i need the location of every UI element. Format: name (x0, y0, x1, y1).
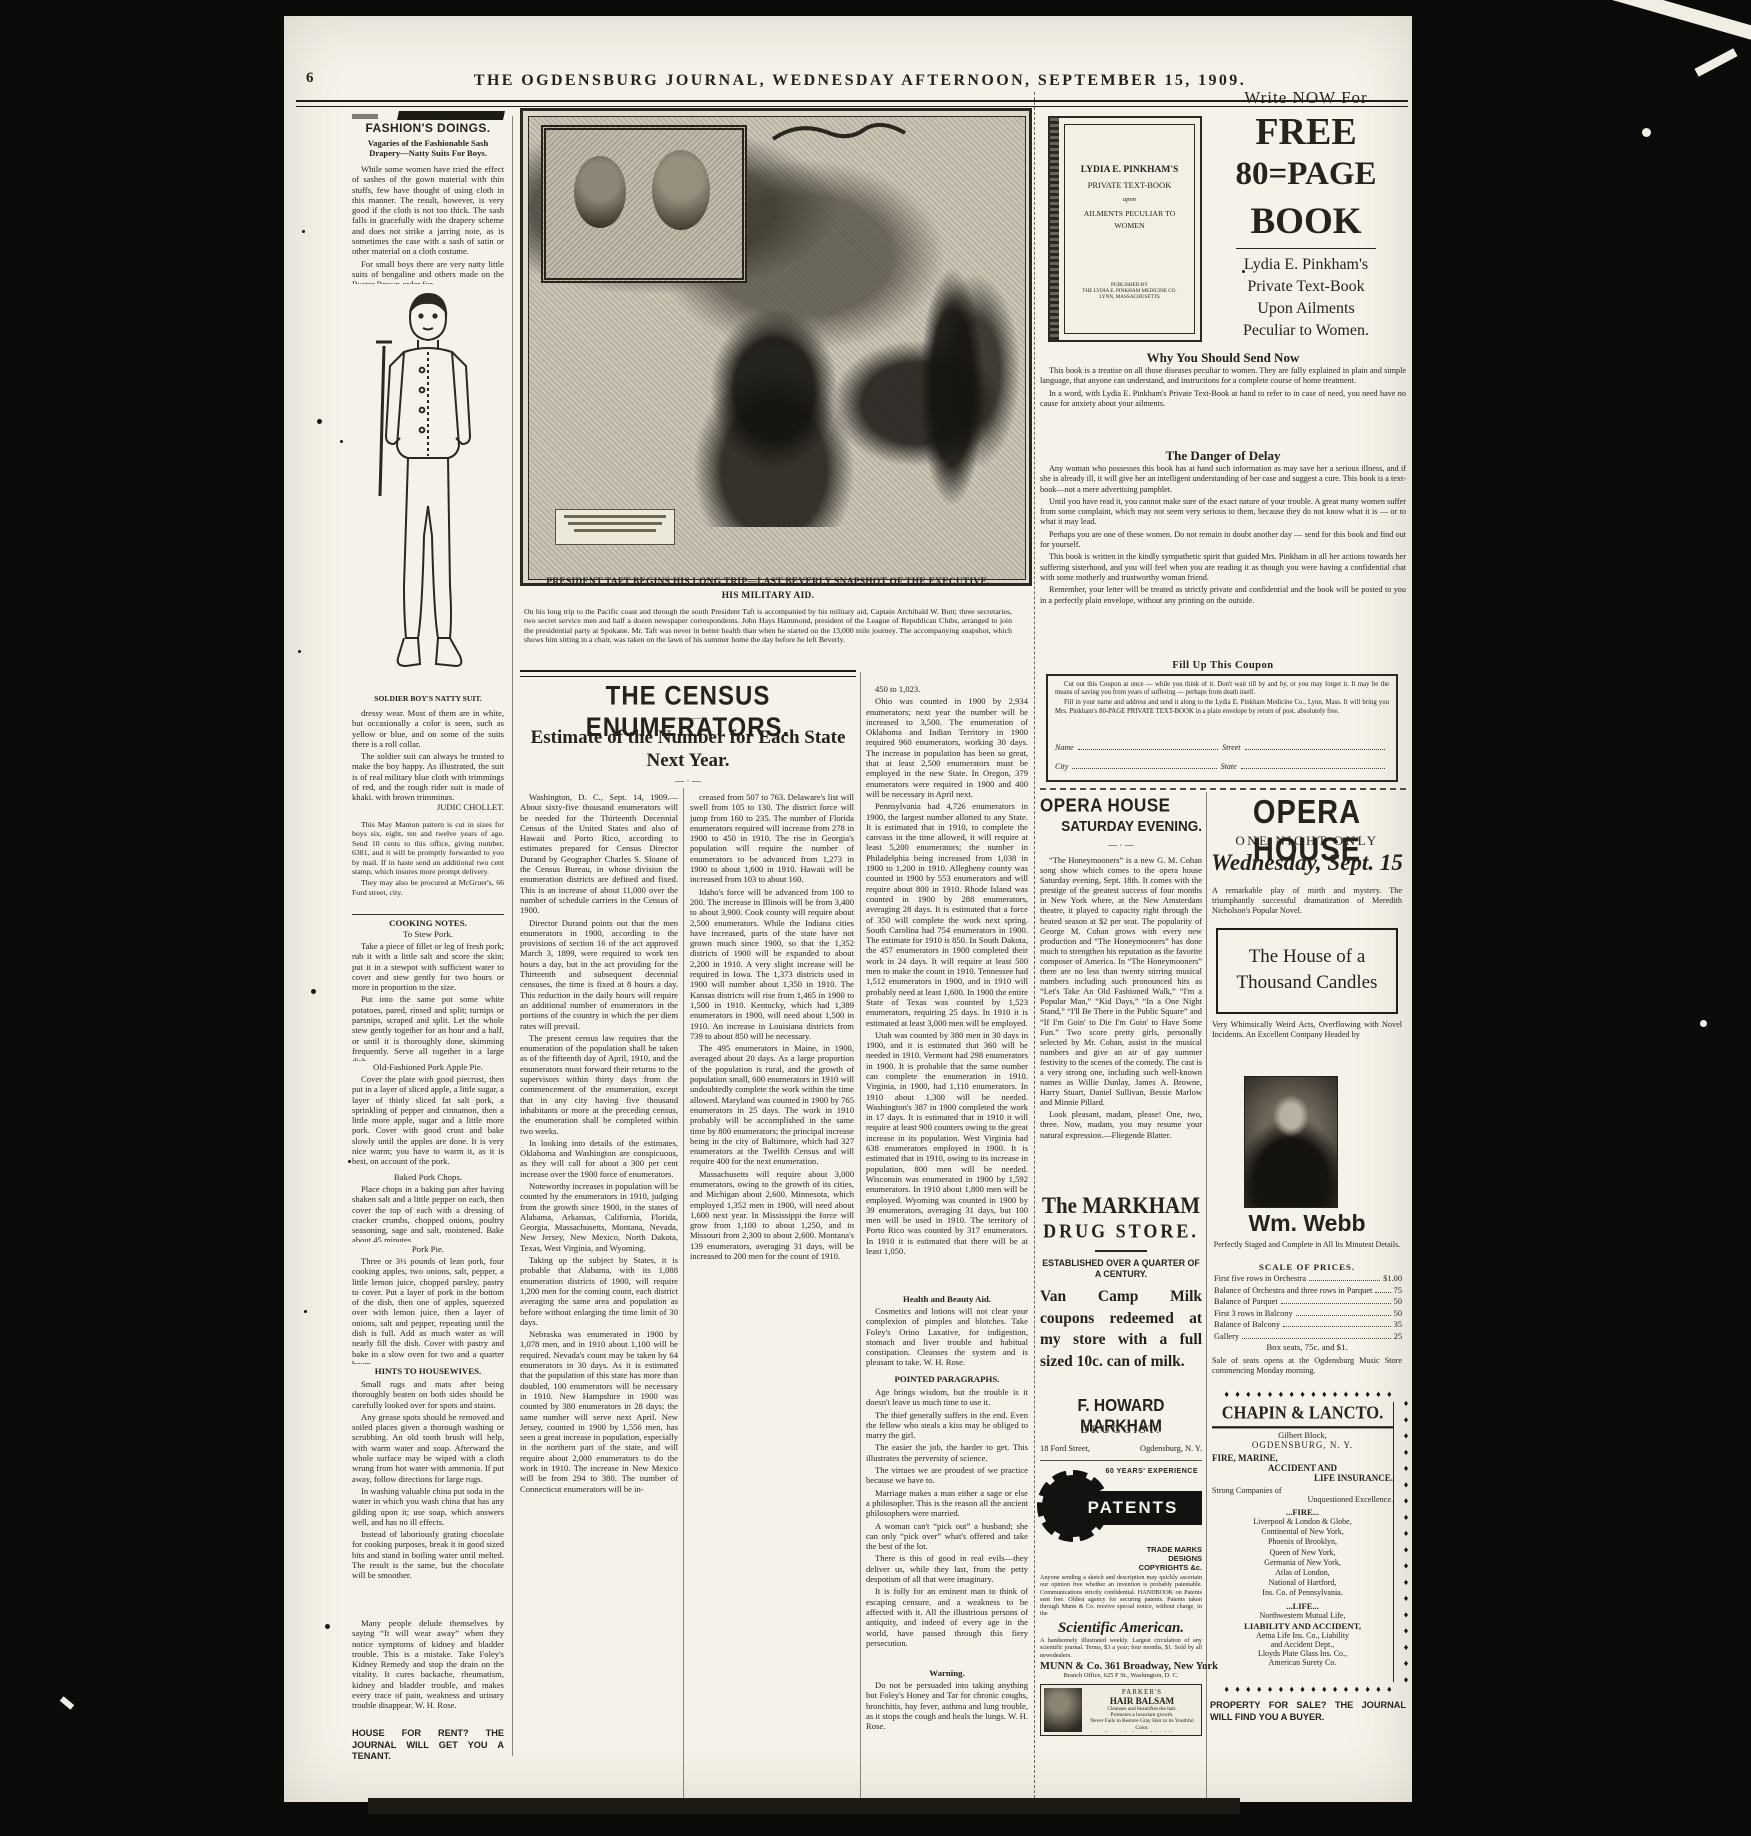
pointed-paragraphs: Age brings wisdom, but the trouble is it… (866, 1387, 1028, 1663)
military-aide-silhouette (907, 237, 997, 537)
wm-webb-portrait (1244, 1076, 1338, 1208)
list-item: Fill in your name and address and send i… (1055, 699, 1389, 715)
list-item: Never Fails to Restore Gray Hair to its … (1086, 1718, 1198, 1730)
list-item: National of Hartford, (1212, 1578, 1393, 1588)
opera-star-name: Wm. Webb (1206, 1210, 1408, 1237)
parkers-thumbnail (1044, 1688, 1082, 1732)
opera-description: A remarkable play of mirth and mystery. … (1212, 886, 1402, 926)
chapin-biz3: LIFE INSURANCE. (1212, 1473, 1393, 1483)
list-item: Cures scalp diseases & hair falling. (1086, 1731, 1198, 1732)
list-item: They may also be procured at McGruer's, … (352, 878, 504, 897)
markham-address: 18 Ford Street, Ogdensburg, N. Y. (1040, 1444, 1202, 1453)
taft-caption-title: PRESIDENT TAFT BEGINS HIS LONG TRIP—LAST… (520, 577, 1016, 587)
cooking-section-head: Pork Pie. (352, 1244, 504, 1254)
inset-portrait-frame (541, 125, 747, 283)
list-item: Age brings wisdom, but the trouble is it… (866, 1387, 1028, 1408)
taft-caption-subtitle: HIS MILITARY AID. (520, 591, 1016, 601)
coupon-city-label: City (1055, 762, 1068, 771)
list-item: Remember, your letter will be treated as… (1040, 585, 1406, 606)
frame-scroll-ornament (769, 119, 909, 145)
list-item: Germania of New York, (1212, 1558, 1393, 1568)
column-rule (1034, 92, 1035, 1798)
list-item: Taking up the subject by States, it is p… (520, 1255, 678, 1327)
coupon-city-row[interactable]: City State (1055, 762, 1389, 771)
list-item: Continental of New York, (1212, 1527, 1393, 1537)
scan-white-speck (60, 1696, 75, 1710)
cooking-section-body: Place chops in a baking pan after having… (352, 1184, 504, 1242)
pinkham-danger-head: The Danger of Delay (1040, 448, 1406, 464)
chapin-liab2: and Accident Dept., (1212, 1640, 1393, 1649)
book-publisher-line: LYNN, MASSACHUSETTS (1065, 294, 1194, 300)
chapin-strong1: Strong Companies of (1212, 1486, 1393, 1495)
list-item: In looking into details of the estimates… (520, 1138, 678, 1179)
list-item: First five rows in Orchestra$1.00 (1214, 1274, 1402, 1284)
list-item: In washing valuable china put soda in th… (352, 1486, 504, 1527)
list-item: It is folly for an eminent man to think … (866, 1586, 1028, 1648)
list-item: “The Honeymooners” is a new G. M. Cohan … (1040, 856, 1202, 1108)
scan-speckles (302, 230, 305, 233)
chapin-biz1: FIRE, MARINE, (1212, 1453, 1393, 1463)
list-item: Take a piece of fillet or leg of fresh p… (352, 941, 504, 992)
chapin-liab-head: LIABILITY AND ACCIDENT, (1212, 1621, 1393, 1631)
list-item: This book is written in the kindly sympa… (1040, 552, 1406, 583)
taft-photo (520, 108, 1032, 586)
seat-sale-note: Sale of seats opens at the Ogdensburg Mu… (1212, 1356, 1402, 1386)
list-item: Any grease spots should be removed and s… (352, 1412, 504, 1484)
inset-figure (652, 150, 710, 230)
column-rule (512, 116, 513, 1756)
pinkham-small-rule (1236, 248, 1376, 249)
list-item: The virtues we are proudest of we practi… (866, 1465, 1028, 1486)
munn-address: MUNN & Co. 361 Broadway, New York (1040, 1661, 1202, 1672)
hints-title: HINTS TO HOUSEWIVES. (352, 1366, 504, 1376)
list-item: Balance of Parquet50 (1214, 1297, 1402, 1307)
health-aid-body: Cosmetics and lotions will not clear you… (866, 1306, 1028, 1368)
parkers-lines: Cleanses and beautifies the hair.Promote… (1086, 1706, 1198, 1732)
fashion-intro: While some women have tried the effect o… (352, 164, 504, 284)
list-item: Phoenix of Brooklyn, (1212, 1537, 1393, 1547)
list-item: Noteworthy increases in population will … (520, 1181, 678, 1253)
column-rule (683, 788, 684, 1798)
health-aid-head: Health and Beauty Aid. (866, 1294, 1028, 1304)
pinkham-80-page: 80=PAGE (1206, 156, 1406, 193)
list-item: Queen of New York, (1212, 1548, 1393, 1558)
pinkham-book-cover: LYDIA E. PINKHAM'S PRIVATE TEXT-BOOK upo… (1048, 116, 1202, 342)
coupon-name-row[interactable]: Name Street (1055, 743, 1389, 752)
list-item: Put into the same pot some white potatoe… (352, 994, 504, 1061)
coupon-state-label: State (1221, 762, 1237, 771)
cooking-section-head: Old-Fashioned Pork Apple Pie. (352, 1062, 504, 1072)
masthead: THE OGDENSBURG JOURNAL, WEDNESDAY AFTERN… (420, 72, 1300, 90)
scientific-american-title: Scientific American. (1040, 1620, 1202, 1637)
parkers-ad: PARKER'S HAIR BALSAM Cleanses and beauti… (1040, 1684, 1202, 1736)
pinkham-subtitle-line: Private Text-Book (1206, 276, 1406, 298)
scan-white-speck (1642, 128, 1651, 137)
taft-caption-body: On his long trip to the Pacific coast an… (524, 607, 1012, 665)
parkers-title2: HAIR BALSAM (1086, 1696, 1198, 1706)
inset-figure (574, 156, 626, 228)
patents-fine-print: Anyone sending a sketch and description … (1040, 1574, 1202, 1618)
warning-body: Do not be persuaded into taking anything… (866, 1680, 1028, 1731)
list-item: Gallery25 (1214, 1332, 1402, 1342)
cooking-section-head: To Stew Pork. (352, 929, 504, 939)
pinkham-why-head: Why You Should Send Now (1040, 350, 1406, 366)
pinkham-subtitle-line: Upon Ailments (1206, 298, 1406, 320)
pinkham-danger-body: Any woman who possesses this book has at… (1040, 464, 1406, 658)
sciam-fine-print: A handsomely illustrated weekly. Largest… (1040, 1637, 1202, 1659)
hints-body: Small rugs and mats after being thorough… (352, 1379, 504, 1607)
pinkham-write-now: Write NOW For (1206, 88, 1406, 108)
opera-one-night: ONE NIGHT ONLY (1206, 833, 1408, 849)
column-rule (1206, 792, 1207, 1798)
list-item: The easier the job, the harder to get. T… (866, 1442, 1028, 1463)
census-subhead: Estimate of the Number for Each State Ne… (520, 726, 856, 772)
book-title-line: PRIVATE TEXT-BOOK (1065, 180, 1194, 190)
scan-white-sliver (1694, 48, 1737, 77)
list-item: The present census law requires that the… (520, 1033, 678, 1136)
markham-title-line2: DRUG STORE. (1040, 1220, 1202, 1243)
list-item: Look pleasant, madam, please! One, two, … (1040, 1110, 1202, 1140)
list-item: The thief generally suffers in the end. … (866, 1410, 1028, 1441)
opera-date: Wednesday, Sept. 15 (1206, 850, 1408, 876)
markham-druggist: DRUGGIST. (1040, 1422, 1202, 1437)
book-spine (1050, 118, 1059, 340)
pinkham-coupon[interactable]: Cut out this Coupon at once — while you … (1046, 674, 1398, 782)
list-item: Until you have read it, you cannot make … (1040, 497, 1406, 528)
patents-ad: 60 YEARS' EXPERIENCE PATENTS TRADE MARKS… (1040, 1468, 1202, 1676)
pinkham-free: FREE (1206, 110, 1406, 154)
opera-show-line1: The House of a (1218, 944, 1396, 970)
list-item: 450 to 1,023. (866, 684, 1028, 694)
headline-ornament: — · — (1040, 840, 1202, 850)
coupon-city-input[interactable] (1072, 762, 1216, 769)
foley-kidney-notice: Many people delude themselves by saying … (352, 1618, 504, 1711)
coupon-head: Fill Up This Coupon (1040, 660, 1406, 671)
parkers-title1: PARKER'S (1086, 1688, 1198, 1696)
cooking-section-head: Baked Pork Chops. (352, 1172, 504, 1182)
list-item: Utah was counted by 380 men in 30 days i… (866, 1030, 1028, 1257)
fashion-after-figure: dressy wear. Most of them are in white, … (352, 708, 504, 800)
munn-branch: Branch Office, 625 F St., Washington, D.… (1040, 1672, 1202, 1679)
markham-rule (1095, 1250, 1147, 1252)
house-for-rent-notice: HOUSE FOR RENT? THE JOURNAL WILL GET YOU… (352, 1728, 504, 1763)
price-list: First five rows in Orchestra$1.00Balance… (1214, 1274, 1402, 1343)
census-column-3: 450 to 1,023.Ohio was counted in 1900 by… (866, 684, 1028, 1290)
list-item: Liverpool & London & Globe, (1212, 1517, 1393, 1527)
markham-title-line1: The MARKHAM (1040, 1192, 1202, 1220)
scan-white-speck (1700, 1020, 1707, 1027)
fashion-subtitle: Vagaries of the Fashionable Sash Drapery… (354, 138, 502, 158)
book-title-line: LYDIA E. PINKHAM'S (1065, 165, 1194, 175)
list-item: Director Durand points out that the men … (520, 918, 678, 1031)
list-item: Small rugs and mats after being thorough… (352, 1379, 504, 1410)
newspaper-scan: 6 THE OGDENSBURG JOURNAL, WEDNESDAY AFTE… (0, 0, 1751, 1836)
pattern-note: This May Manton pattern is cut in sizes … (352, 820, 504, 914)
opera-after-box-text: Very Whimsically Weird Acts, Overflowing… (1212, 1020, 1402, 1062)
markham-established: ESTABLISHED OVER A QUARTER OF A CENTURY. (1040, 1258, 1202, 1280)
scan-black-bar (368, 1798, 1240, 1814)
list-item: Atlas of London, (1212, 1568, 1393, 1578)
census-subhead-line2: Next Year. (646, 750, 729, 771)
chapin-biz2: ACCIDENT AND (1212, 1463, 1393, 1473)
list-item: Pennsylvania had 4,726 enumerators in 19… (866, 801, 1028, 1028)
scan-white-sliver (1589, 0, 1751, 42)
fashion-title: FASHION'S DOINGS. (352, 121, 504, 135)
diamond-border-right: ♦ ♦ ♦ ♦ ♦ ♦ ♦ ♦ ♦ ♦ ♦ ♦ ♦ ♦ ♦ ♦ ♦ ♦ ♦ ♦ (1401, 1398, 1410, 1686)
chapin-fire-head: ...FIRE... (1212, 1507, 1393, 1517)
chapin-liab3: Lloyds Plate Glass Ins. Co., (1212, 1649, 1393, 1658)
markham-street: 18 Ford Street, (1040, 1444, 1090, 1453)
fashion-byline: JUDIC CHOLLET. (352, 802, 504, 812)
list-item: The 495 enumerators in Maine, in 1900, a… (690, 1043, 854, 1167)
seated-taft-silhouette (679, 297, 869, 527)
census-subhead-line1: Estimate of the Number for Each State (531, 727, 846, 748)
box-seats-line: Box seats, 75c. and $1. (1206, 1342, 1408, 1352)
list-item: dressy wear. Most of them are in white, … (352, 708, 504, 749)
ink-blot (397, 111, 505, 120)
opera-staged-line: Perfectly Staged and Complete in All Its… (1210, 1240, 1404, 1250)
list-item: Massachusetts will require about 3,000 e… (690, 1169, 854, 1262)
chapin-liab4: American Surety Co. (1212, 1658, 1393, 1667)
list-item: Balance of Balcony35 (1214, 1320, 1402, 1330)
coupon-name-label: Name (1055, 743, 1074, 752)
chapin-lancto-ad: ♦ ♦ ♦ ♦ ♦ ♦ ♦ ♦ ♦ ♦ ♦ ♦ ♦ ♦ ♦ ♦ ♦ ♦ ♦ ♦ … (1210, 1392, 1408, 1692)
ink-blot (352, 114, 378, 119)
honeymooners-head1: OPERA HOUSE (1040, 795, 1202, 817)
list-item: Instead of laboriously grating chocolate… (352, 1529, 504, 1580)
list-item: There is this of good in real evils—they… (866, 1553, 1028, 1584)
list-item: Ins. Co. of Pennsylvania. (1212, 1588, 1393, 1598)
chapin-life-head: ...LIFE... (1212, 1601, 1393, 1611)
pinkham-subtitle-line: Lydia E. Pinkham's (1206, 254, 1406, 276)
pinkham-subtitle-line: Peculiar to Women. (1206, 320, 1406, 342)
list-item: Idaho's force will be advanced from 100 … (690, 887, 854, 1041)
patents-copyrights: COPYRIGHTS &c. (1040, 1563, 1202, 1572)
honeymooners-head2: SATURDAY EVENING. (1040, 818, 1202, 835)
photo-label-chip (555, 509, 675, 545)
diamond-border-top: ♦ ♦ ♦ ♦ ♦ ♦ ♦ ♦ ♦ ♦ ♦ ♦ ♦ ♦ ♦ ♦ (1210, 1390, 1408, 1399)
list-item: This May Manton pattern is cut in sizes … (352, 820, 504, 876)
pinkham-bottom-rule (1040, 788, 1406, 790)
chapin-title: CHAPIN & LANCTO. (1212, 1402, 1393, 1428)
list-item: First 3 rows in Balcony50 (1214, 1309, 1402, 1319)
markham-vancamp-offer: Van Camp Milk coupons redeemed at my sto… (1040, 1286, 1202, 1372)
list-item: Nebraska was enumerated in 1900 by 1,078… (520, 1329, 678, 1494)
honeymooners-body: “The Honeymooners” is a new G. M. Cohan … (1040, 856, 1202, 1186)
list-item: Ohio was counted in 1900 by 2,934 enumer… (866, 696, 1028, 799)
chapin-life1: Northwestern Mutual Life, (1212, 1611, 1393, 1620)
book-title-line: upon (1065, 196, 1194, 203)
chapin-fire-companies: Liverpool & London & Globe,Continental o… (1212, 1517, 1393, 1599)
cooking-section-body: Cover the plate with good piecrust, then… (352, 1074, 504, 1172)
opera-show-line2: Thousand Candles (1218, 970, 1396, 996)
column-rule (860, 672, 861, 1798)
patents-designs: DESIGNS (1040, 1554, 1202, 1563)
coupon-street-label: Street (1222, 743, 1240, 752)
pinkham-subtitle: Lydia E. Pinkham's Private Text-Book Upo… (1206, 254, 1406, 342)
chapin-strong2: Unquestioned Excellence. (1212, 1495, 1393, 1504)
figure-caption: SOLDIER BOY'S NATTY SUIT. (352, 694, 504, 703)
coupon-body: Cut out this Coupon at once — while you … (1055, 681, 1389, 733)
list-item: Cut out this Coupon at once — while you … (1055, 681, 1389, 697)
headline-ornament: — · — (520, 713, 856, 723)
patents-trademarks: TRADE MARKS (1040, 1545, 1202, 1554)
book-title-line: WOMEN (1065, 221, 1194, 230)
list-item: Washington, D. C., Sept. 14, 1909.—About… (520, 792, 678, 916)
book-title-line: AILMENTS PECULIAR TO (1065, 209, 1194, 218)
census-top-rule (520, 670, 856, 677)
page-number: 6 (306, 70, 314, 87)
scale-of-prices-head: SCALE OF PRICES. (1206, 1262, 1408, 1272)
list-item: Balance of Orchestra and three rows in P… (1214, 1286, 1402, 1296)
list-item: This book is a treatise on all those dis… (1040, 366, 1406, 387)
list-item: Marriage makes a man either a sage or el… (866, 1488, 1028, 1519)
opera-show-title-box: The House of a Thousand Candles (1216, 928, 1398, 1014)
cooking-section-body: Three or 3½ pounds of lean pork, four co… (352, 1256, 504, 1364)
list-item: creased from 507 to 763. Delaware's list… (690, 792, 854, 885)
chapin-liab1: Aetna Life Ins. Co., Liability (1212, 1631, 1393, 1640)
property-for-sale-notice: PROPERTY FOR SALE? THE JOURNAL WILL FIND… (1210, 1700, 1406, 1723)
pinkham-why-body: This book is a treatise on all those dis… (1040, 366, 1406, 446)
patents-word: PATENTS (1088, 1498, 1179, 1518)
list-item: In a word, with Lydia E. Pinkham's Priva… (1040, 389, 1406, 410)
cooking-notes-title: COOKING NOTES. (352, 914, 504, 928)
chapin-addr1: Gilbert Block, (1212, 1430, 1393, 1440)
list-item: Cover the plate with good piecrust, then… (352, 1074, 504, 1167)
census-column-2: creased from 507 to 763. Delaware's list… (690, 792, 854, 1796)
headline-ornament: — · — (520, 776, 856, 786)
boy-suit-illustration (360, 286, 496, 690)
markham-city: Ogdensburg, N. Y. (1140, 1444, 1202, 1453)
list-item: For small boys there are very natty litt… (352, 259, 504, 284)
census-column-1: Washington, D. C., Sept. 14, 1909.—About… (520, 792, 678, 1796)
list-item: While some women have tried the effect o… (352, 164, 504, 257)
coupon-state-input[interactable] (1241, 762, 1385, 769)
diamond-border-bottom: ♦ ♦ ♦ ♦ ♦ ♦ ♦ ♦ ♦ ♦ ♦ ♦ ♦ ♦ ♦ ♦ (1210, 1685, 1408, 1694)
pinkham-book-word: BOOK (1206, 200, 1406, 243)
markham-bottom-rule (1040, 1460, 1202, 1461)
cooking-section-body: Take a piece of fillet or leg of fresh p… (352, 941, 504, 1061)
chapin-addr2: OGDENSBURG, N. Y. (1212, 1440, 1393, 1450)
list-item: Perhaps you are one of these women. Do n… (1040, 530, 1406, 551)
list-item: Any woman who possesses this book has at… (1040, 464, 1406, 495)
list-item: A woman can't “pick out” a husband; she … (866, 1521, 1028, 1552)
warning-head: Warning. (866, 1668, 1028, 1678)
list-item: Place chops in a baking pan after having… (352, 1184, 504, 1242)
coupon-name-input[interactable] (1078, 743, 1218, 750)
list-item: The soldier suit can always be trusted t… (352, 751, 504, 800)
coupon-street-input[interactable] (1245, 743, 1385, 750)
patents-years: 60 YEARS' EXPERIENCE (1040, 1468, 1198, 1475)
pointed-paragraphs-head: POINTED PARAGRAPHS. (866, 1374, 1028, 1384)
list-item: Three or 3½ pounds of lean pork, four co… (352, 1256, 504, 1364)
